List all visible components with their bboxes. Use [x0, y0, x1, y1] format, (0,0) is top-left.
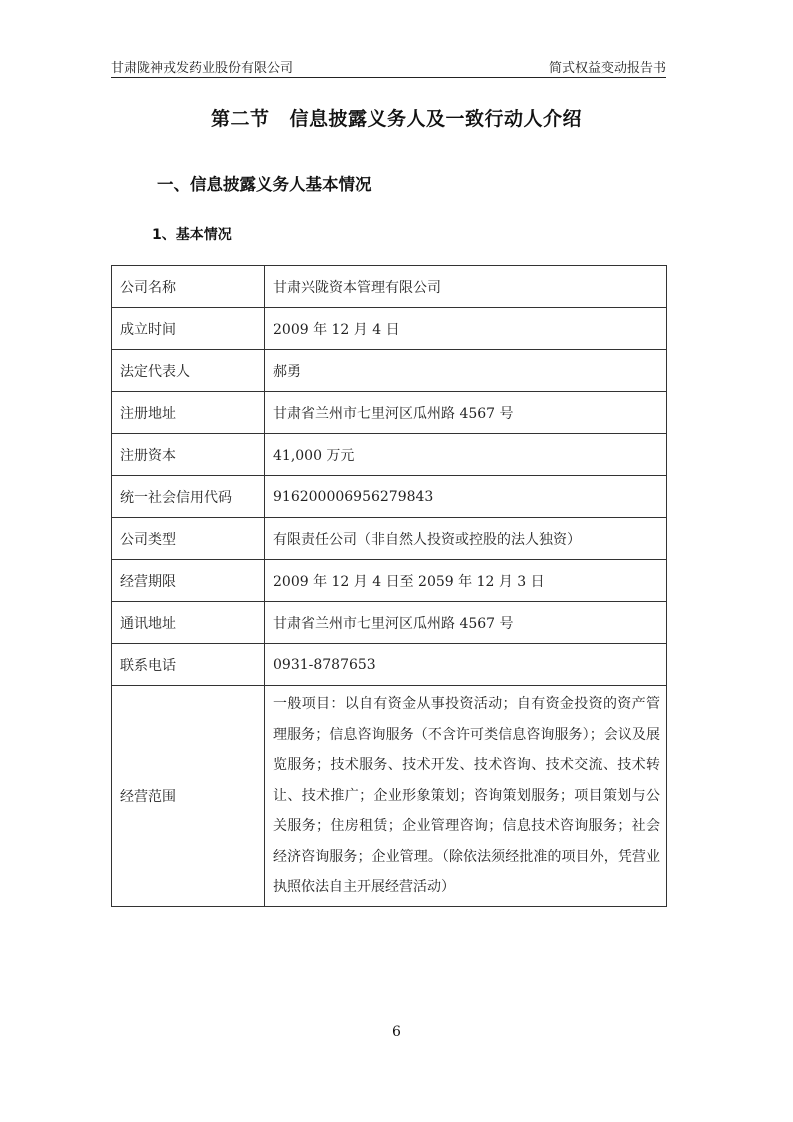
row-value: 2009 年 12 月 4 日至 2059 年 12 月 3 日 [265, 560, 667, 602]
table-row: 注册资本41,000 万元 [112, 434, 667, 476]
row-label: 法定代表人 [112, 350, 265, 392]
heading-level-1: 一、信息披露义务人基本情况 [157, 171, 372, 195]
row-label: 联系电话 [112, 644, 265, 686]
row-label: 经营范围 [112, 686, 265, 907]
table-row: 统一社会信用代码916200006956279843 [112, 476, 667, 518]
table-row: 通讯地址甘肃省兰州市七里河区瓜州路 4567 号 [112, 602, 667, 644]
table-row: 公司名称甘肃兴陇资本管理有限公司 [112, 266, 667, 308]
row-value: 郝勇 [265, 350, 667, 392]
section-number: 第二节 [211, 108, 270, 130]
row-value: 一般项目：以自有资金从事投资活动；自有资金投资的资产管理服务；信息咨询服务（不含… [265, 686, 667, 907]
section-title-text: 信息披露义务人及一致行动人介绍 [290, 108, 583, 130]
row-value: 41,000 万元 [265, 434, 667, 476]
header-company-name: 甘肃陇神戎发药业股份有限公司 [111, 57, 293, 76]
basic-info-table: 公司名称甘肃兴陇资本管理有限公司 成立时间2009 年 12 月 4 日 法定代… [111, 265, 667, 907]
row-label: 公司类型 [112, 518, 265, 560]
row-value: 0931-8787653 [265, 644, 667, 686]
table-row: 经营期限2009 年 12 月 4 日至 2059 年 12 月 3 日 [112, 560, 667, 602]
row-label: 统一社会信用代码 [112, 476, 265, 518]
row-label: 注册资本 [112, 434, 265, 476]
row-value: 2009 年 12 月 4 日 [265, 308, 667, 350]
row-label: 通讯地址 [112, 602, 265, 644]
row-value: 916200006956279843 [265, 476, 667, 518]
row-label: 注册地址 [112, 392, 265, 434]
table-row: 联系电话0931-8787653 [112, 644, 667, 686]
table-row: 法定代表人郝勇 [112, 350, 667, 392]
row-value: 有限责任公司（非自然人投资或控股的法人独资） [265, 518, 667, 560]
row-label: 经营期限 [112, 560, 265, 602]
page-header: 甘肃陇神戎发药业股份有限公司 简式权益变动报告书 [111, 55, 666, 78]
row-value: 甘肃省兰州市七里河区瓜州路 4567 号 [265, 392, 667, 434]
row-value: 甘肃兴陇资本管理有限公司 [265, 266, 667, 308]
row-label: 公司名称 [112, 266, 265, 308]
section-title: 第二节信息披露义务人及一致行动人介绍 [0, 104, 793, 131]
heading-level-2: 1、基本情况 [152, 224, 232, 244]
table-row-business-scope: 经营范围一般项目：以自有资金从事投资活动；自有资金投资的资产管理服务；信息咨询服… [112, 686, 667, 907]
page-number: 6 [0, 1024, 793, 1040]
row-value: 甘肃省兰州市七里河区瓜州路 4567 号 [265, 602, 667, 644]
table-row: 成立时间2009 年 12 月 4 日 [112, 308, 667, 350]
header-document-title: 简式权益变动报告书 [549, 57, 666, 76]
table-row: 公司类型有限责任公司（非自然人投资或控股的法人独资） [112, 518, 667, 560]
row-label: 成立时间 [112, 308, 265, 350]
table-row: 注册地址甘肃省兰州市七里河区瓜州路 4567 号 [112, 392, 667, 434]
